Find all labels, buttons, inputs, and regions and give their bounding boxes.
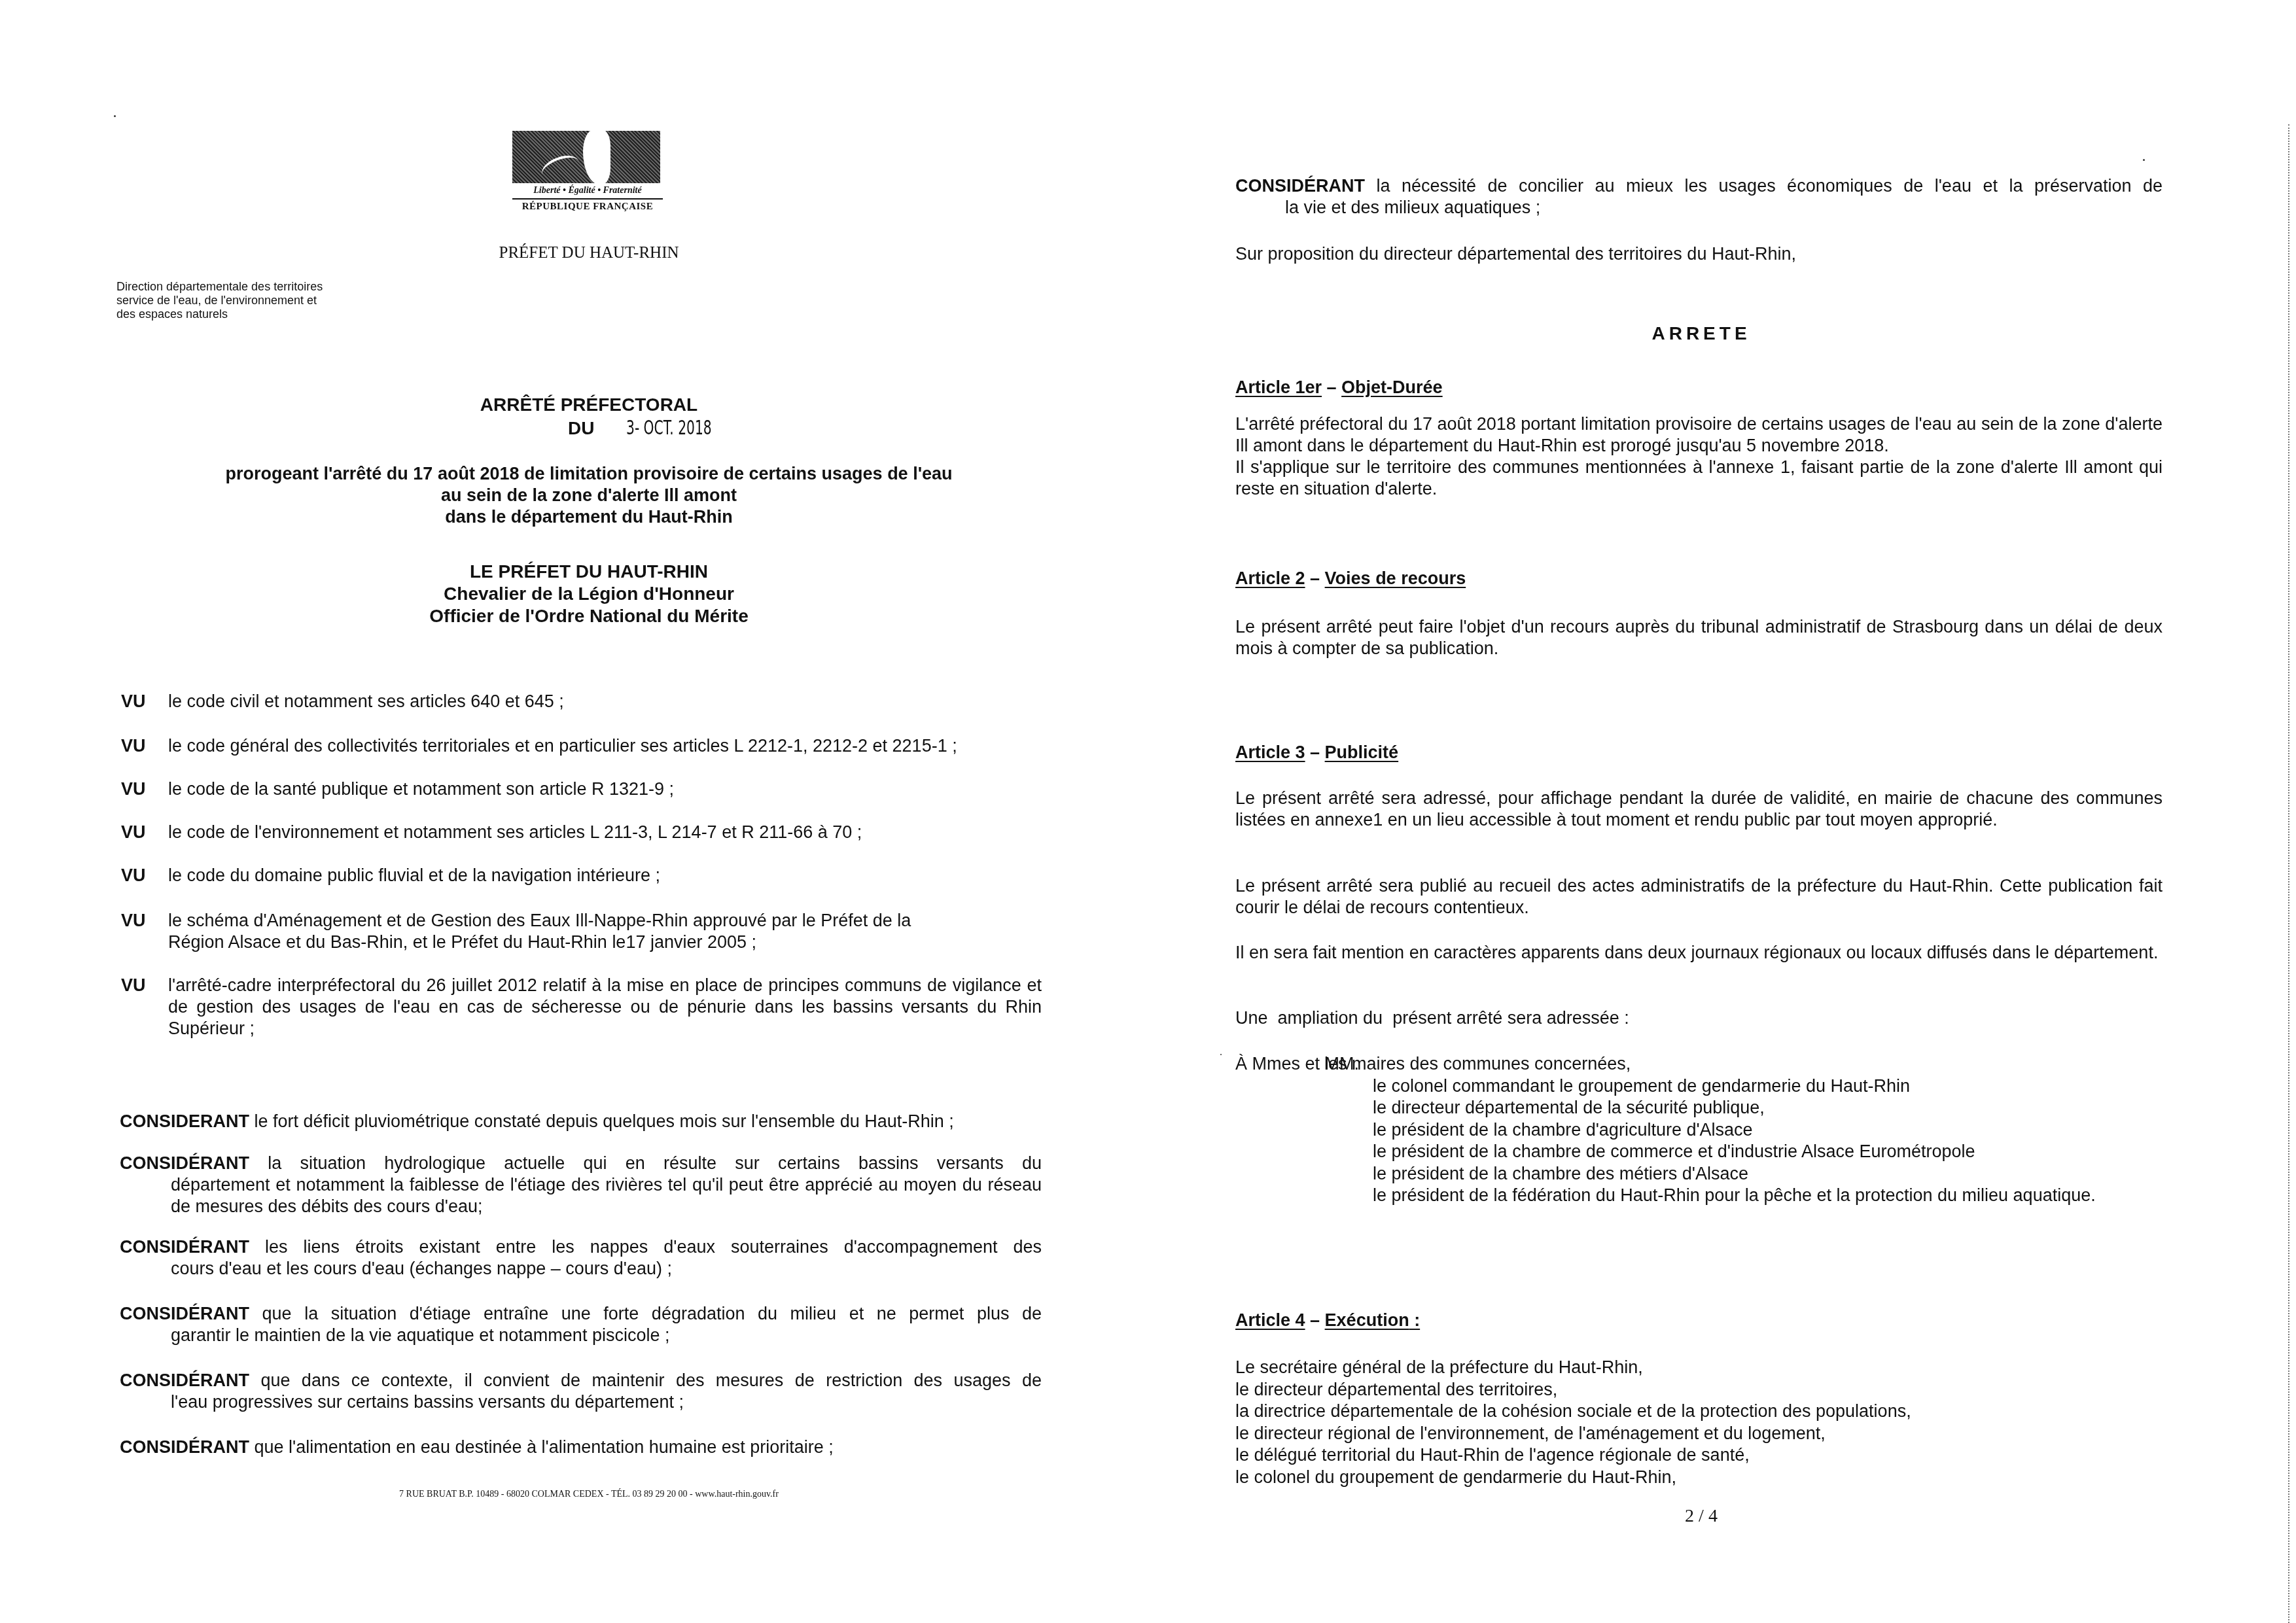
considerant-label: CONSIDÉRANT (120, 1237, 249, 1257)
vu-label: VU (121, 735, 146, 757)
article-separator: – (1305, 568, 1325, 588)
considerant-text: que dans ce contexte, il convient de mai… (260, 1370, 1042, 1390)
authority-line: Chevalier de la Légion d'Honneur (327, 583, 851, 605)
date-stamp: 3- OCT. 2018 (626, 417, 712, 440)
article-2-paragraph: Le présent arrêté peut faire l'objet d'u… (1235, 616, 2163, 659)
recipient: les maires des communes concernées, (1324, 1053, 2163, 1075)
vu-text: le code civil et notamment ses articles … (168, 691, 1042, 712)
date-line: DU 3- OCT. 2018 (568, 417, 740, 440)
considerant-text: la situation hydrologique actuelle qui e… (268, 1153, 1042, 1173)
considerant-text: les liens étroits existant entre les nap… (265, 1237, 1042, 1257)
considerant-item: CONSIDÉRANT la situation hydrologique ac… (120, 1153, 1042, 1217)
service-line: Direction départementale des territoires (116, 280, 323, 294)
du-label: DU (568, 418, 594, 438)
execution-line: Le secrétaire général de la préfecture d… (1235, 1357, 2163, 1379)
vu-label: VU (121, 910, 146, 932)
subject-line: prorogeant l'arrêté du 17 août 2018 de l… (150, 463, 1027, 485)
document-title: ARRÊTÉ PRÉFECTORAL (393, 394, 785, 415)
article-3-paragraph: Une ampliation du présent arrêté sera ad… (1235, 1007, 2163, 1029)
article-separator: – (1322, 377, 1341, 397)
page-number: 2 / 4 (1636, 1506, 1767, 1527)
vu-label: VU (121, 822, 146, 843)
execution-line: le directeur régional de l'environnement… (1235, 1423, 2163, 1445)
article-3-paragraph: Le présent arrêté sera publié au recueil… (1235, 875, 2163, 918)
authority-block: LE PRÉFET DU HAUT-RHIN Chevalier de la L… (327, 561, 851, 627)
vu-text: le schéma d'Aménagement et de Gestion de… (168, 910, 960, 953)
marianne-emblem-icon (512, 131, 660, 183)
article-number: Article 2 (1235, 568, 1305, 588)
arrete-heading: ARRETE (1570, 323, 1832, 344)
prefet-header: PRÉFET DU HAUT-RHIN (458, 243, 720, 263)
vu-text: le code général des collectivités territ… (168, 735, 1042, 757)
vu-text: le code de l'environnement et notamment … (168, 822, 1042, 843)
execution-line: le directeur départemental des territoir… (1235, 1379, 2163, 1401)
vu-label: VU (121, 691, 146, 712)
considerant-label: CONSIDÉRANT (120, 1437, 249, 1457)
article-4-heading: Article 4 – Exécution : (1235, 1310, 2163, 1331)
subject-block: prorogeant l'arrêté du 17 août 2018 de l… (150, 463, 1027, 528)
article-2-heading: Article 2 – Voies de recours (1235, 568, 2163, 589)
considerant-item: CONSIDÉRANT les liens étroits existant e… (120, 1236, 1042, 1280)
considerant-item: CONSIDERANT le fort déficit pluviométriq… (120, 1111, 1042, 1132)
vu-text: le code du domaine public fluvial et de … (168, 865, 1042, 886)
scan-speck (1220, 1054, 1222, 1055)
subject-line: dans le département du Haut-Rhin (150, 506, 1027, 528)
considerant-text: le fort déficit pluviométrique constaté … (255, 1111, 954, 1131)
article-title: Objet-Durée (1341, 377, 1443, 397)
right-considerant: CONSIDÉRANT la nécessité de concilier au… (1235, 175, 2163, 218)
article-title: Voies de recours (1325, 568, 1466, 588)
execution-line: le colonel du groupement de gendarmerie … (1235, 1467, 2163, 1489)
scan-edge-line (2288, 124, 2289, 1623)
logo-republic: RÉPUBLIQUE FRANÇAISE (512, 200, 663, 213)
service-line: service de l'eau, de l'environnement et (116, 294, 323, 307)
article-title: Publicité (1325, 742, 1399, 762)
authority-line: LE PRÉFET DU HAUT-RHIN (327, 561, 851, 583)
subject-line: au sein de la zone d'alerte Ill amont (150, 485, 1027, 506)
considerant-continuation: l'eau progressives sur certains bassins … (120, 1391, 1042, 1413)
article-1-paragraph: Il s'applique sur le territoire des comm… (1235, 457, 2163, 500)
scan-speck (114, 115, 116, 117)
considerant-continuation: département et notamment la faiblesse de… (120, 1174, 1042, 1217)
vu-label: VU (121, 865, 146, 886)
execution-list: Le secrétaire général de la préfecture d… (1235, 1357, 2163, 1488)
vu-text: l'arrêté-cadre interpréfectoral du 26 ju… (168, 975, 1042, 1039)
recipient: le président de la fédération du Haut-Rh… (1373, 1185, 2163, 1207)
recipient: le colonel commandant le groupement de g… (1373, 1075, 2163, 1098)
considerant-continuation: la vie et des milieux aquatiques ; (1235, 197, 2163, 218)
vu-label: VU (121, 975, 146, 996)
considerant-text: que la situation d'étiage entraîne une f… (262, 1304, 1042, 1323)
considerant-label: CONSIDERANT (120, 1111, 249, 1131)
article-3-paragraph: Il en sera fait mention en caractères ap… (1235, 942, 2163, 964)
scan-speck (2143, 159, 2145, 161)
service-block: Direction départementale des territoires… (116, 280, 323, 321)
logo-motto: Liberté • Égalité • Fraternité (512, 183, 663, 200)
article-number: Article 1er (1235, 377, 1322, 397)
considerant-item: CONSIDÉRANT que la situation d'étiage en… (120, 1303, 1042, 1346)
considerant-item: CONSIDÉRANT que l'alimentation en eau de… (120, 1437, 1042, 1458)
recipient: le président de la chambre des métiers d… (1373, 1163, 2163, 1185)
execution-line: la directrice départementale de la cohés… (1235, 1401, 2163, 1423)
considerant-text: que l'alimentation en eau destinée à l'a… (255, 1437, 834, 1457)
footer-address: 7 RUE BRUAT B.P. 10489 - 68020 COLMAR CE… (314, 1489, 864, 1501)
execution-line: le délégué territorial du Haut-Rhin de l… (1235, 1444, 2163, 1467)
recipient: le président de la chambre d'agriculture… (1373, 1119, 2163, 1142)
article-3-heading: Article 3 – Publicité (1235, 742, 2163, 763)
authority-line: Officier de l'Ordre National du Mérite (327, 605, 851, 627)
recipient: le président de la chambre de commerce e… (1373, 1141, 2163, 1163)
article-1-heading: Article 1er – Objet-Durée (1235, 377, 2163, 398)
recipients-list: les maires des communes concernées, le c… (1373, 1053, 2163, 1207)
considerant-label: CONSIDÉRANT (120, 1370, 249, 1390)
service-line: des espaces naturels (116, 307, 323, 321)
article-title: Exécution (1325, 1310, 1409, 1330)
recipient: le directeur départemental de la sécurit… (1373, 1097, 2163, 1119)
considerant-label: CONSIDÉRANT (120, 1304, 249, 1323)
article-3-paragraph: Le présent arrêté sera adressé, pour aff… (1235, 788, 2163, 831)
vu-label: VU (121, 778, 146, 800)
article-separator: – (1305, 1310, 1325, 1330)
article-number: Article 4 (1235, 1310, 1305, 1330)
article-separator: – (1305, 742, 1325, 762)
considerant-label: CONSIDÉRANT (120, 1153, 249, 1173)
considerant-continuation: garantir le maintien de la vie aquatique… (120, 1325, 1042, 1346)
vu-text: le code de la santé publique et notammen… (168, 778, 1042, 800)
proposition-line: Sur proposition du directeur département… (1235, 243, 2163, 265)
article-number: Article 3 (1235, 742, 1305, 762)
article-1-paragraph: L'arrêté préfectoral du 17 août 2018 por… (1235, 413, 2163, 457)
considerant-item: CONSIDÉRANT que dans ce contexte, il con… (120, 1370, 1042, 1413)
article-title-suffix: : (1409, 1310, 1421, 1330)
considerant-label: CONSIDÉRANT (1235, 176, 1365, 196)
considerant-text: la nécessité de concilier au mieux les u… (1377, 176, 2163, 196)
marianne-logo: Liberté • Égalité • Fraternité RÉPUBLIQU… (512, 131, 663, 213)
considerant-continuation: cours d'eau et les cours d'eau (échanges… (120, 1258, 1042, 1280)
